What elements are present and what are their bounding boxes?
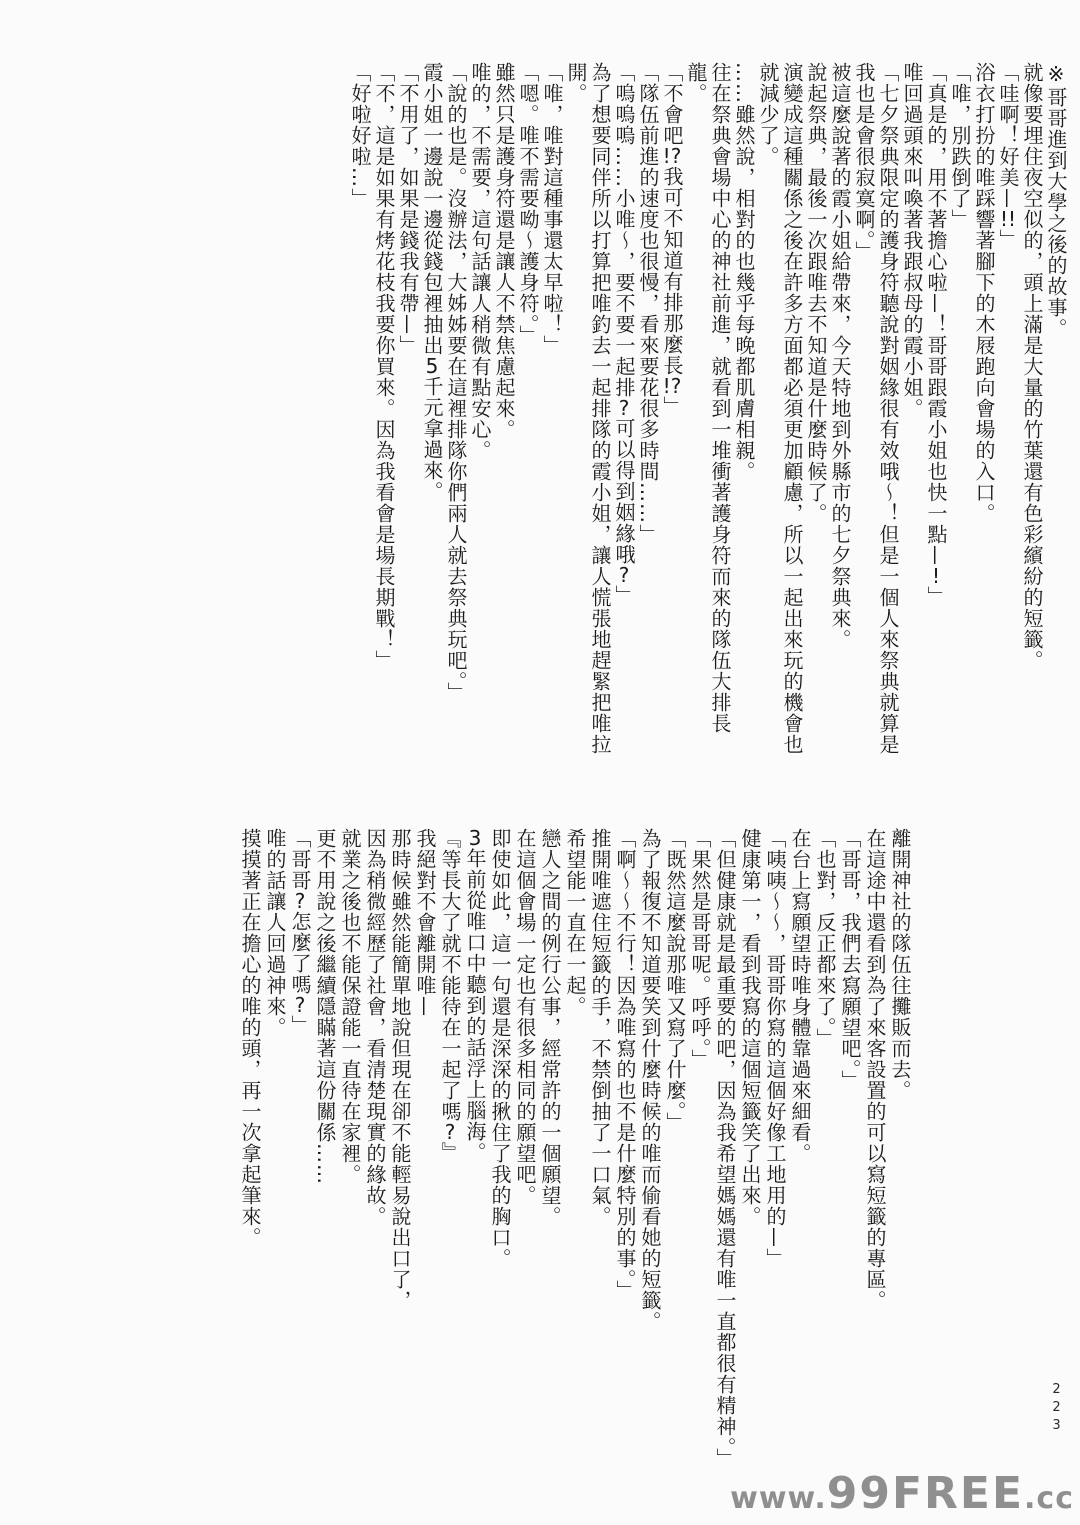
bottom-text-block: 離開神社的隊伍往攤販而去。在這途中還看到為了來客設置的可以寫短籤的專區。「哥哥，…	[237, 828, 912, 1483]
watermark: www. 99FREE .cc	[730, 1468, 1074, 1519]
paragraph: 「也對，反正都來了。」	[812, 828, 837, 1483]
paragraph: 雖然只是護身符還是讓人不禁焦慮起來。	[492, 62, 516, 764]
paragraph: 唯回過頭來叫喚著我跟叔母的霞小姐。	[900, 62, 924, 764]
paragraph: 戀人之間的例行公事，經常許的一個願望。	[537, 828, 562, 1483]
top-text-block: ※哥哥進到大學之後的故事。就像要埋住夜空似的，頭上滿是大量的竹葉還有色彩繽紛的短…	[348, 62, 1068, 764]
upright-chars: !?	[660, 376, 684, 396]
paragraph: 在台上寫願望時唯身體靠過來細看。	[787, 828, 812, 1483]
paragraph: 「哥哥?怎麼了嗎?」	[287, 828, 312, 1483]
paragraph: 離開神社的隊伍往攤販而去。	[887, 828, 912, 1483]
paragraph: 浴衣打扮的唯踩響著腳下的木屐跑向會場的入口。	[972, 62, 996, 764]
paragraph: 霞小姐一邊說一邊從錢包裡抽出5千元拿過來。	[420, 62, 444, 764]
paragraph: 更不用說之後繼續隱瞞著這份關係……	[312, 828, 337, 1483]
paragraph: 「嗚嗚嗚……小唯～，要不要一起排?可以得到姻緣哦?」	[612, 62, 636, 764]
paragraph: 健康第一，看到我寫的這個短籤笑了出來。	[737, 828, 762, 1483]
paragraph: 就像要埋住夜空似的，頭上滿是大量的竹葉還有色彩繽紛的短籤。	[1020, 62, 1044, 764]
paragraph: 「不，這是如果有烤花枝我要你買來。因為我看會是場長期戰！」	[372, 62, 396, 764]
paragraph: 唯的，不需要，這句話讓人稍微有點安心。	[468, 62, 492, 764]
watermark-www: www.	[730, 1481, 827, 1516]
paragraph: 為了報復不知道要笑到什麼時候的唯而偷看她的短籤。	[637, 828, 662, 1483]
paragraph: 唯的話讓人回過神來。	[262, 828, 287, 1483]
paragraph: 在這個會場一定也有很多相同的願望吧。	[512, 828, 537, 1483]
paragraph: 「不會吧!?我可不知道有排那麼長!?」	[660, 62, 684, 764]
paragraph: ※哥哥進到大學之後的故事。	[1044, 62, 1068, 764]
upright-chars: !!	[996, 209, 1020, 229]
paragraph: 演變成這種關係之後在許多方面都必須更加顧慮，所以一起出來玩的機會也就減少了。	[756, 62, 804, 764]
paragraph: 推開唯遮住短籤的手，不禁倒抽了一口氣。	[587, 828, 612, 1483]
page-number: 223	[1049, 1382, 1064, 1436]
upright-chars: !?	[660, 146, 684, 166]
paragraph: 『等長大了就不能待在一起了嗎?』	[437, 828, 462, 1483]
paragraph: 「真是的，用不著擔心啦—！哥哥跟霞小姐也快一點—!」	[924, 62, 948, 764]
paragraph: 「好啦好啦…」	[348, 62, 372, 764]
upright-chars: 5	[420, 356, 444, 376]
paragraph: ……雖然說，相對的也幾乎每晚都肌膚相親。	[732, 62, 756, 764]
upright-chars: !	[924, 566, 948, 586]
paragraph: 說起祭典，最後一次跟唯去不知道是什麼時候了。	[804, 62, 828, 764]
paragraph: 「咦咦～～，哥哥你寫的這個好像工地用的—」	[762, 828, 787, 1483]
paragraph: 「既然這麼說那唯又寫了什麼。」	[662, 828, 687, 1483]
upright-chars: 3	[463, 828, 487, 848]
paragraph: 摸摸著正在擔心的唯的頭，再一次拿起筆來。	[237, 828, 262, 1483]
paragraph: 「唯，唯對這種事還太早啦！」	[540, 62, 564, 764]
paragraph: 在這途中還看到為了來客設置的可以寫短籤的專區。	[862, 828, 887, 1483]
upright-chars: ?	[288, 891, 312, 911]
paragraph: 那時候雖然能簡單地說但現在卻不能輕易說出口了，	[387, 828, 412, 1483]
paragraph: 往在祭典會場中心的神社前進，就看到一堆衝著護身符而來的隊伍大排長龍。	[684, 62, 732, 764]
paragraph: 「哇啊！好美—!!」	[996, 62, 1020, 764]
paragraph: 「哥哥，我們去寫願望吧。」	[837, 828, 862, 1483]
watermark-tld: .cc	[1024, 1481, 1074, 1516]
upright-chars: ?	[438, 1122, 462, 1142]
paragraph: 為了想要同伴所以打算把唯釣去一起排隊的霞小姐，讓人慌張地趕緊把唯拉開。	[564, 62, 612, 764]
paragraph: 「嗯。唯不需要呦～護身符。」	[516, 62, 540, 764]
paragraph: 3年前從唯口中聽到的話浮上腦海。	[462, 828, 487, 1483]
paragraph: 我絕對不會離開唯—	[412, 828, 437, 1483]
paragraph: 「隊伍前進的速度也很慢，看來要花很多時間……」	[636, 62, 660, 764]
paragraph: 就業之後也不能保證能一直待在家裡。	[337, 828, 362, 1483]
scanned-novel-page: ※哥哥進到大學之後的故事。就像要埋住夜空似的，頭上滿是大量的竹葉還有色彩繽紛的短…	[0, 0, 1080, 1525]
paragraph: 「但健康就是最重要的吧，因為我希望媽媽還有唯一直都很有精神。」	[712, 828, 737, 1483]
paragraph: 「說的也是。沒辦法，大姊姊要在這裡排隊你們兩人就去祭典玩吧。」	[444, 62, 468, 764]
paragraph: 即使如此，這一句還是深深的揪住了我的胸口。	[487, 828, 512, 1483]
paragraph: 因為稍微經歷了社會，看清楚現實的緣故。	[362, 828, 387, 1483]
upright-chars: ?	[288, 995, 312, 1015]
paragraph: 「不用了，如果是錢我有帶—」	[396, 62, 420, 764]
watermark-brand: 99FREE	[827, 1468, 1024, 1519]
upright-chars: ?	[612, 398, 636, 418]
upright-chars: ?	[612, 565, 636, 585]
paragraph: 「果然是哥哥呢。呼呼。」	[687, 828, 712, 1483]
paragraph: 「啊～～不行！因為唯寫的也不是什麼特別的事。」	[612, 828, 637, 1483]
paragraph: 「唯，別跌倒了」	[948, 62, 972, 764]
paragraph: 「七夕祭典限定的護身符聽說對姻緣很有效哦～！但是一個人來祭典就算是我也是會很寂寞…	[852, 62, 900, 764]
paragraph: 希望能一直在一起。	[562, 828, 587, 1483]
paragraph: 被這麼說著的霞小姐給帶來，今天特地到外縣市的七夕祭典來。	[828, 62, 852, 764]
